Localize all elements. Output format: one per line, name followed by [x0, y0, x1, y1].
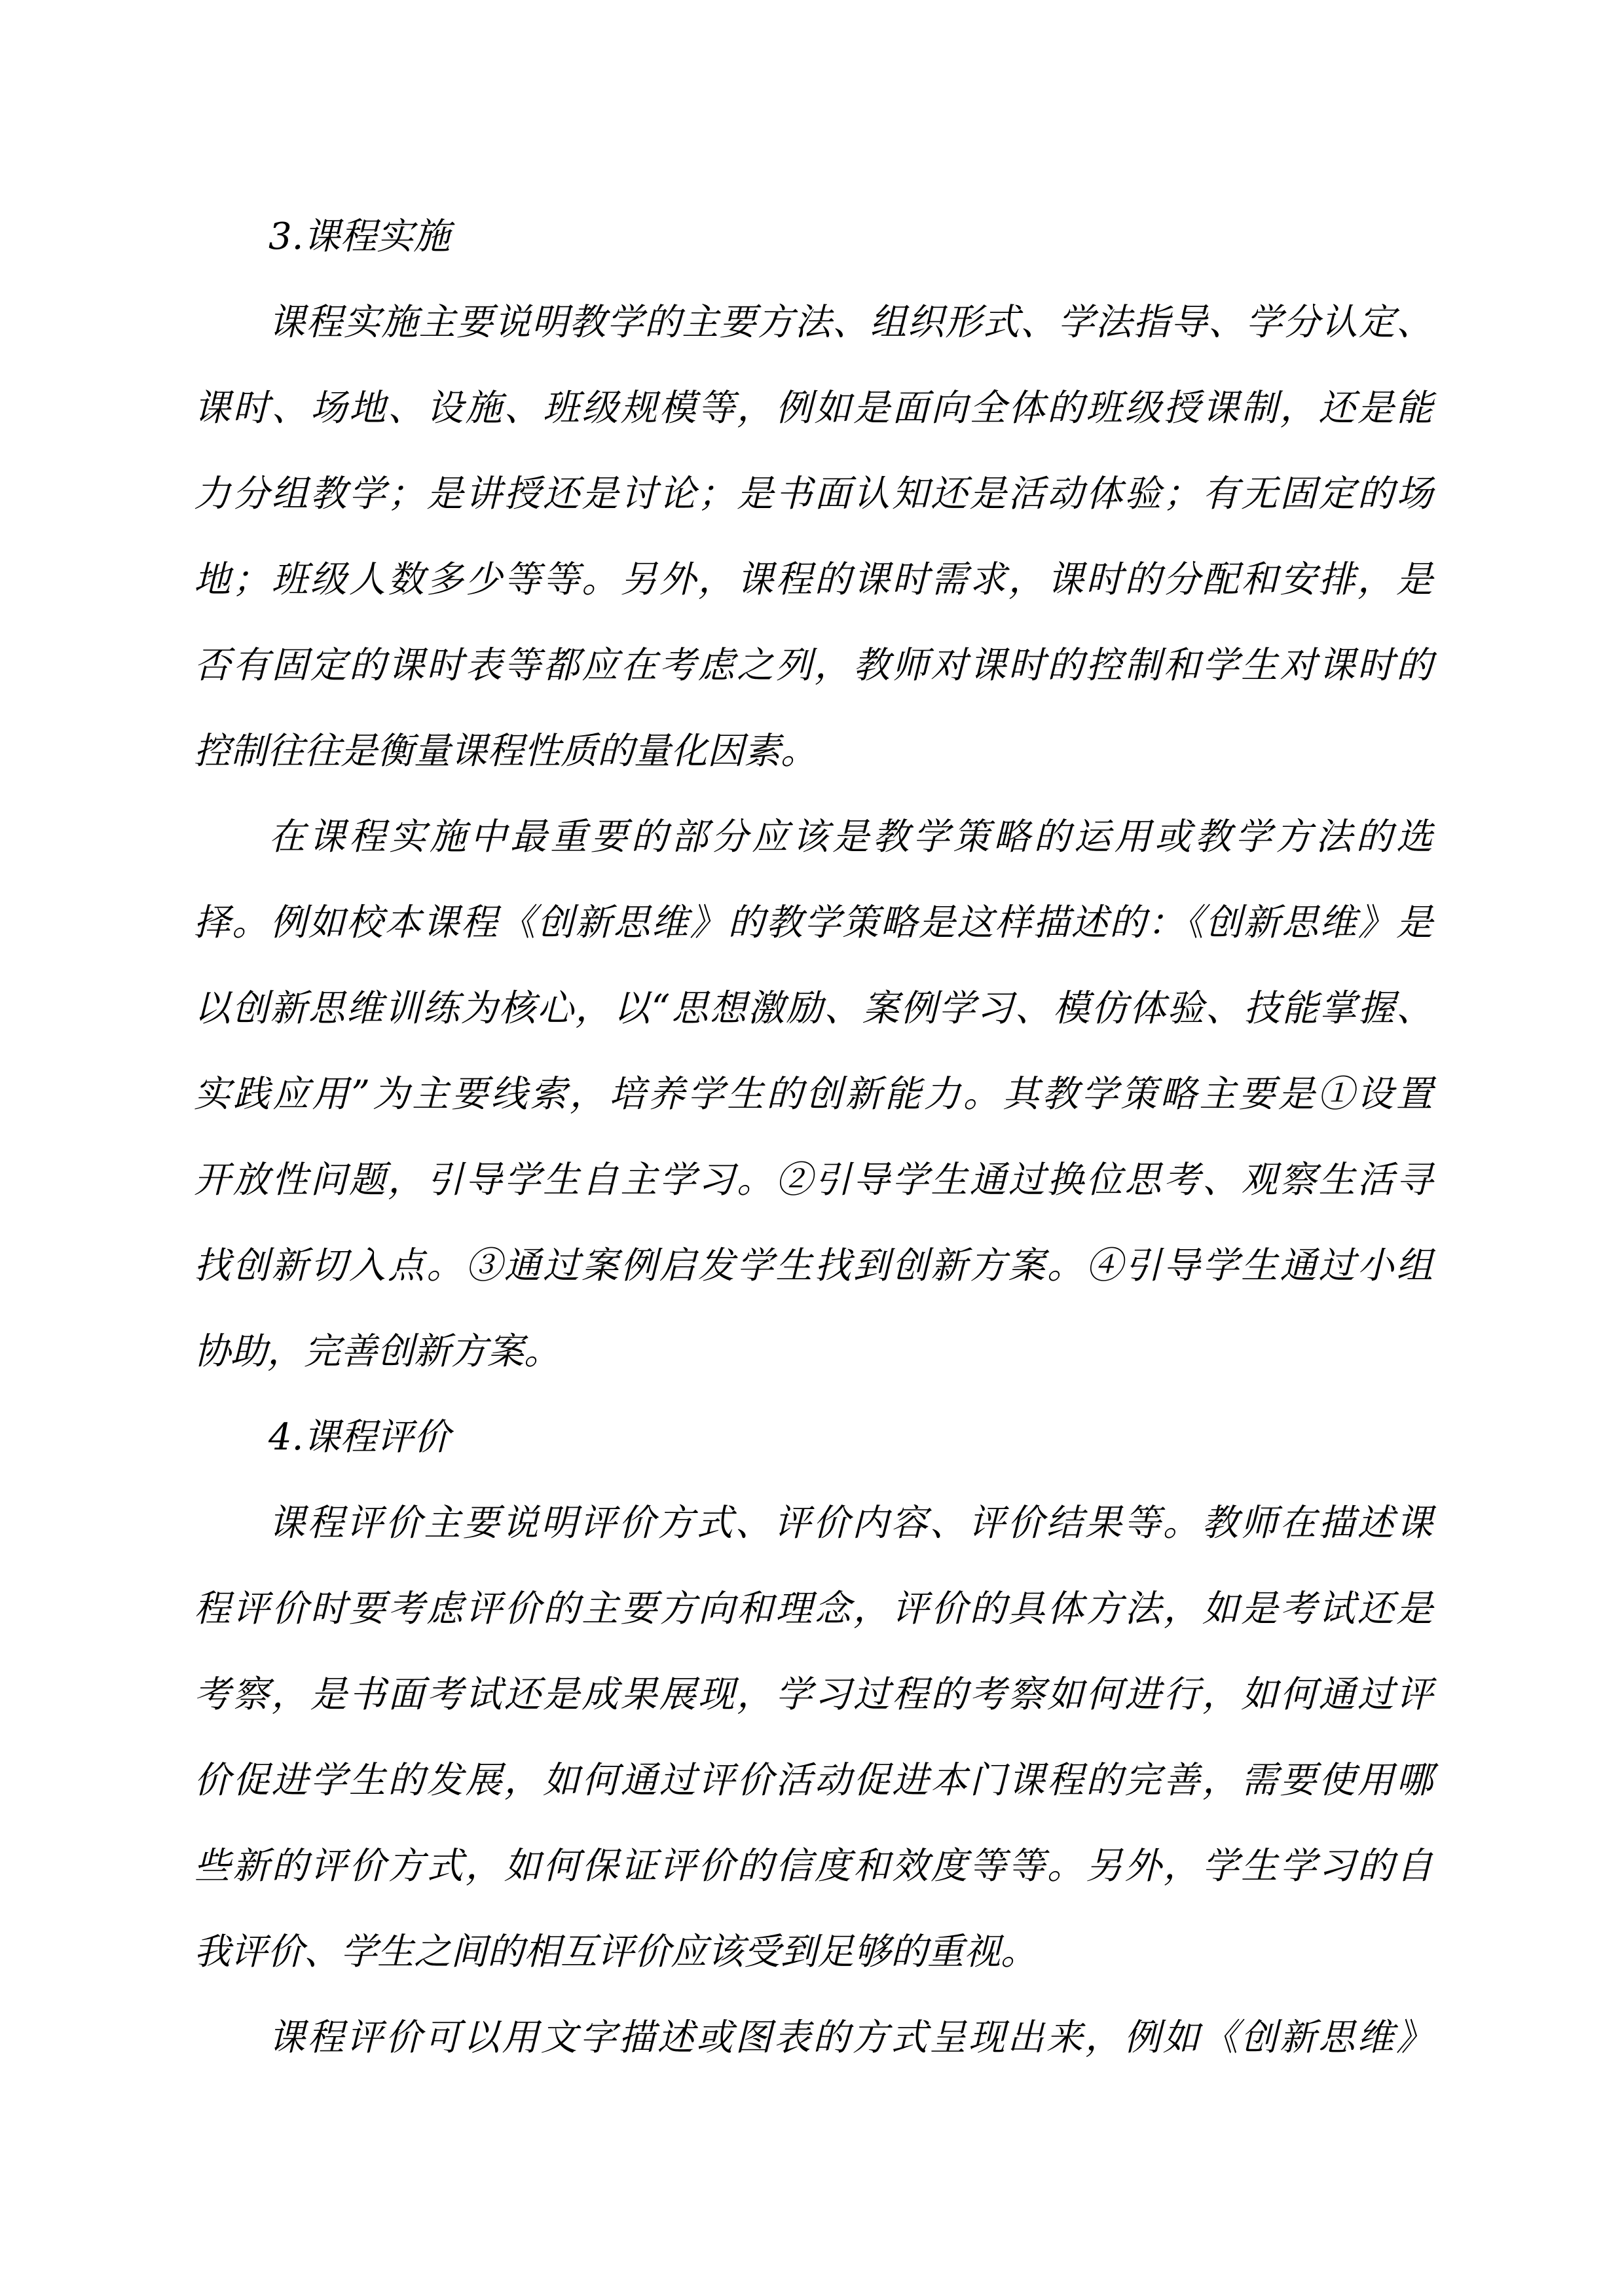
text-line: 我评价、学生之间的相互评价应该受到足够的重视。 — [194, 1909, 1433, 1995]
text-line: 以创新思维训练为核心，以“思想激励、案例学习、模仿体验、技能掌握、 — [194, 966, 1433, 1051]
text-line: 地；班级人数多少等等。另外，课程的课时需求，课时的分配和安排，是 — [194, 537, 1433, 623]
section-heading-course-implementation: 3.课程实施 — [194, 194, 1433, 280]
text-line: 控制往往是衡量课程性质的量化因素。 — [194, 708, 1433, 794]
text-line: 找创新切入点。③通过案例启发学生找到创新方案。④引导学生通过小组 — [194, 1223, 1433, 1309]
text-line: 价促进学生的发展，如何通过评价活动促进本门课程的完善，需要使用哪 — [194, 1738, 1433, 1823]
text-line: 否有固定的课时表等都应在考虑之列，教师对课时的控制和学生对课时的 — [194, 623, 1433, 708]
text-line: 考察，是书面考试还是成果展现，学习过程的考察如何进行，如何通过评 — [194, 1652, 1433, 1738]
text-line: 择。例如校本课程《创新思维》的教学策略是这样描述的：《创新思维》是 — [194, 880, 1433, 966]
text-line: 课程实施主要说明教学的主要方法、组织形式、学法指导、学分认定、 — [194, 280, 1433, 365]
document-page: 3.课程实施 课程实施主要说明教学的主要方法、组织形式、学法指导、学分认定、 课… — [194, 194, 1433, 2081]
text-line: 程评价时要考虑评价的主要方向和理念，评价的具体方法，如是考试还是 — [194, 1566, 1433, 1652]
text-line: 课程评价可以用文字描述或图表的方式呈现出来，例如《创新思维》 — [194, 1995, 1433, 2081]
text-line: 开放性问题，引导学生自主学习。②引导学生通过换位思考、观察生活寻 — [194, 1137, 1433, 1223]
text-line: 实践应用”为主要线索，培养学生的创新能力。其教学策略主要是①设置 — [194, 1051, 1433, 1137]
text-line: 在课程实施中最重要的部分应该是教学策略的运用或教学方法的选 — [194, 794, 1433, 880]
text-line: 些新的评价方式，如何保证评价的信度和效度等等。另外，学生学习的自 — [194, 1823, 1433, 1909]
text-line: 课时、场地、设施、班级规模等，例如是面向全体的班级授课制，还是能 — [194, 365, 1433, 451]
text-line: 力分组教学；是讲授还是讨论；是书面认知还是活动体验；有无固定的场 — [194, 451, 1433, 537]
section-heading-course-evaluation: 4.课程评价 — [194, 1394, 1433, 1480]
text-line: 协助，完善创新方案。 — [194, 1309, 1433, 1394]
text-line: 课程评价主要说明评价方式、评价内容、评价结果等。教师在描述课 — [194, 1480, 1433, 1566]
